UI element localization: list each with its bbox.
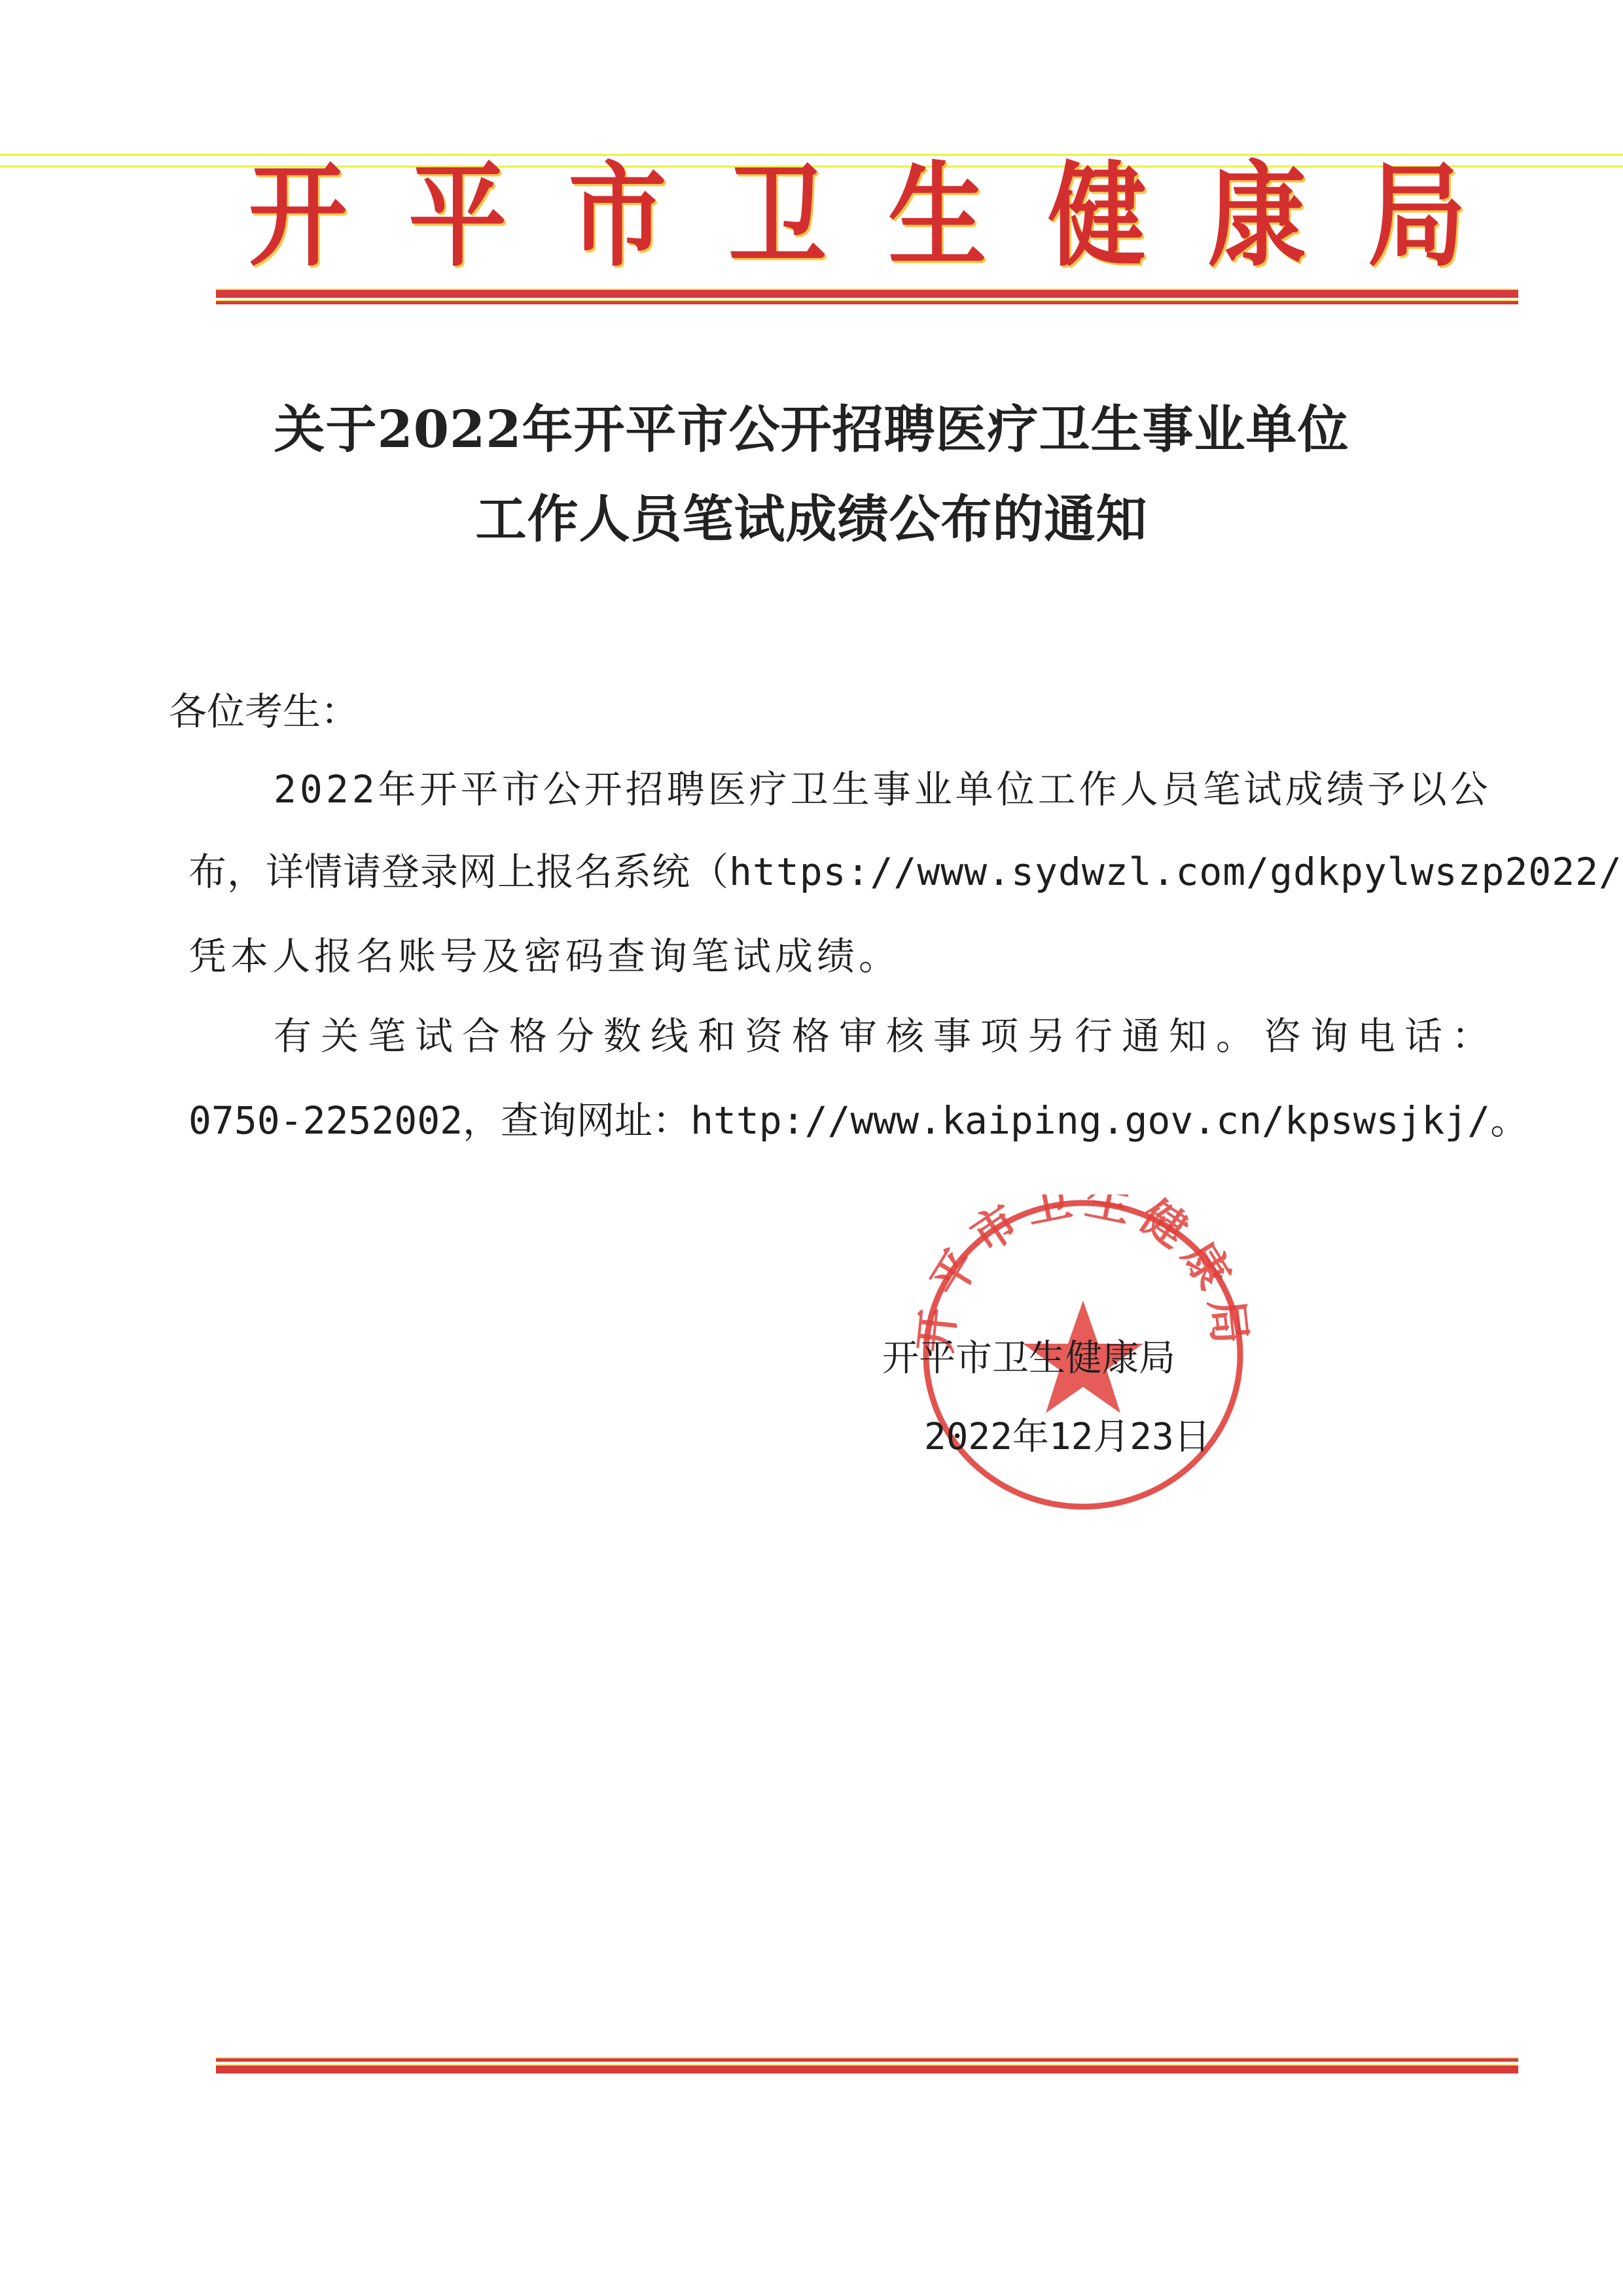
letterhead-rule-thin [216,301,1518,304]
letterhead-org-name: 开 平 市 卫 生 健 康 局 [249,154,1466,265]
signature-date: 2022年12月23日 [924,1419,1211,1456]
letterhead-char: 康 [1208,160,1306,273]
letterhead-char: 开 [249,160,347,273]
document-title-line-2: 工作人员笔试成绩公布的通知 [0,494,1623,545]
paragraph-1-line-3: 凭本人报名账号及密码查询笔试成绩。 [188,937,901,975]
footer-rule-thick [216,2066,1518,2073]
letterhead-char: 平 [408,160,507,273]
paragraph-2-line-1: 有关笔试合格分数线和资格审核事项另行通知。咨询电话： [274,1017,1499,1055]
paragraph-1-line-2: 布，详情请登录网上报名系统（https://www.sydwzl.com/gdk… [188,853,1623,891]
footer-rule-thin [216,2058,1518,2062]
letterhead-char: 健 [1048,160,1146,273]
letterhead-char: 市 [569,160,667,273]
document-title-line-1: 关于2022年开平市公开招聘医疗卫生事业单位 [0,404,1623,456]
letterhead-char: 卫 [728,160,827,273]
paragraph-1-line-1: 2022年开平市公开招聘医疗卫生事业单位工作人员笔试成绩予以公 [274,770,1491,808]
letterhead-char: 局 [1368,160,1466,273]
salutation: 各位考生： [169,692,359,730]
letterhead-char: 生 [888,160,986,273]
paragraph-2-line-2: 0750-2252002，查询网址：http://www.kaiping.gov… [188,1102,1528,1139]
letterhead-rule-thick [216,290,1518,298]
signature-organization: 开平市卫生健康局 [882,1340,1175,1377]
